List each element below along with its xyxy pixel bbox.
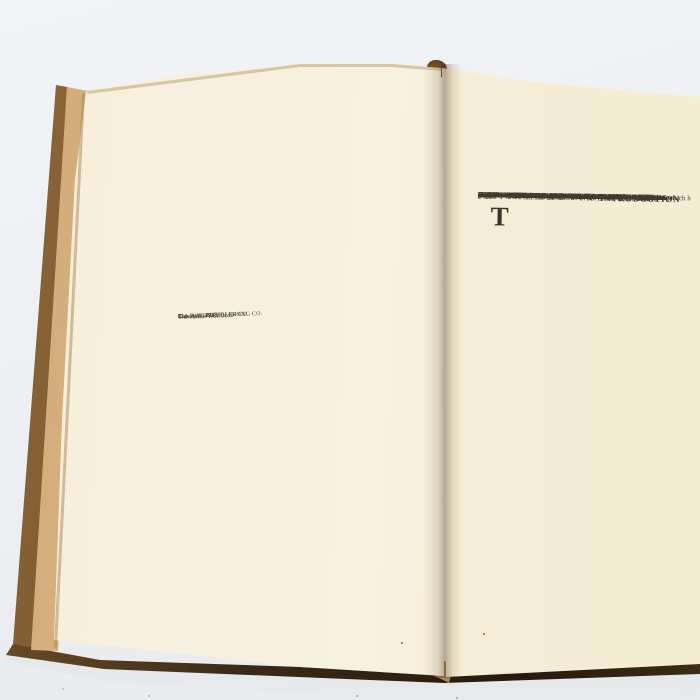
gutter-shadow [424, 64, 462, 678]
dust-speck [456, 697, 458, 699]
dust-speck [148, 695, 150, 697]
dust-speck [356, 695, 358, 697]
foxing-speck [401, 642, 403, 644]
drop-cap: T [490, 203, 508, 229]
foxing-speck [483, 633, 485, 635]
open-book-photo: The Junior Instructor Copyright, 1916 F.… [0, 0, 700, 700]
dust-speck [62, 688, 64, 690]
